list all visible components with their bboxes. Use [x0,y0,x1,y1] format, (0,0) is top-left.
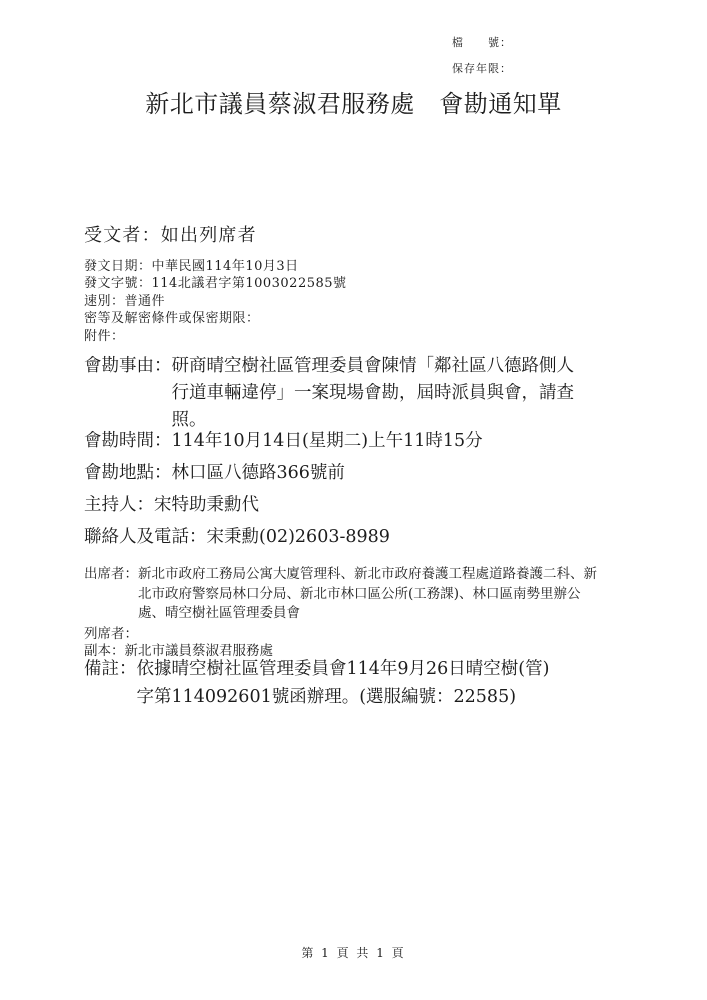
issue-number-line: 發文字號：114北議君字第1003022585號 [84,275,347,292]
inspection-time-line: 會勘時間：114年10月14日(星期二)上午11時15分 [84,431,483,451]
priority-line: 速別：普通件 [84,293,347,310]
document-page: 檔 號： 保存年限： 新北市議員蔡淑君服務處 會勘通知單 受文者：如出列席者 發… [0,0,707,1000]
file-number-label: 檔 號： [452,36,512,49]
inspection-subject-label: 會勘事由： [84,353,172,434]
attachment-line: 附件： [84,328,347,345]
meeting-details-block: 會勘時間：114年10月14日(星期二)上午11時15分 會勘地點：林口區八德路… [84,431,483,559]
remarks-label: 備註： [84,655,137,711]
file-classification-block: 檔 號： 保存年限： [452,36,512,88]
recipient-line: 受文者：如出列席者 [84,221,257,247]
inspection-subject-row: 會勘事由： 研商晴空樹社區管理委員會陳情「鄰社區八德路側人行道車輛違停」一案現場… [84,353,578,434]
attendees-row: 出席者： 新北市政府工務局公寓大廈管理科、新北市政府養護工程處道路養護二科、新北… [84,565,605,624]
chairperson-line: 主持人：宋特助秉勳代 [84,495,483,515]
inspection-subject-text: 研商晴空樹社區管理委員會陳情「鄰社區八德路側人行道車輛違停」一案現場會勘，屆時派… [172,353,578,434]
attendees-text: 新北市政府工務局公寓大廈管理科、新北市政府養護工程處道路養護二科、新北市政府警察… [138,565,605,624]
issue-date-line: 發文日期：中華民國114年10月3日 [84,258,347,275]
document-title: 新北市議員蔡淑君服務處 會勘通知單 [0,84,707,119]
inspection-location-line: 會勘地點：林口區八德路366號前 [84,463,483,483]
security-classification-line: 密等及解密條件或保密期限： [84,310,347,327]
contact-phone-line: 聯絡人及電話：宋秉勳(02)2603-8989 [84,527,483,547]
remarks-row: 備註： 依據晴空樹社區管理委員會114年9月26日晴空樹(管)字第1140926… [84,655,561,711]
attendees-label: 出席者： [84,565,138,624]
remarks-text: 依據晴空樹社區管理委員會114年9月26日晴空樹(管)字第114092601號函… [137,655,561,711]
issuance-meta-block: 發文日期：中華民國114年10月3日 發文字號：114北議君字第10030225… [84,258,347,345]
retention-period-label: 保存年限： [452,62,512,75]
page-number-footer: 第 1 頁 共 1 頁 [0,944,707,961]
